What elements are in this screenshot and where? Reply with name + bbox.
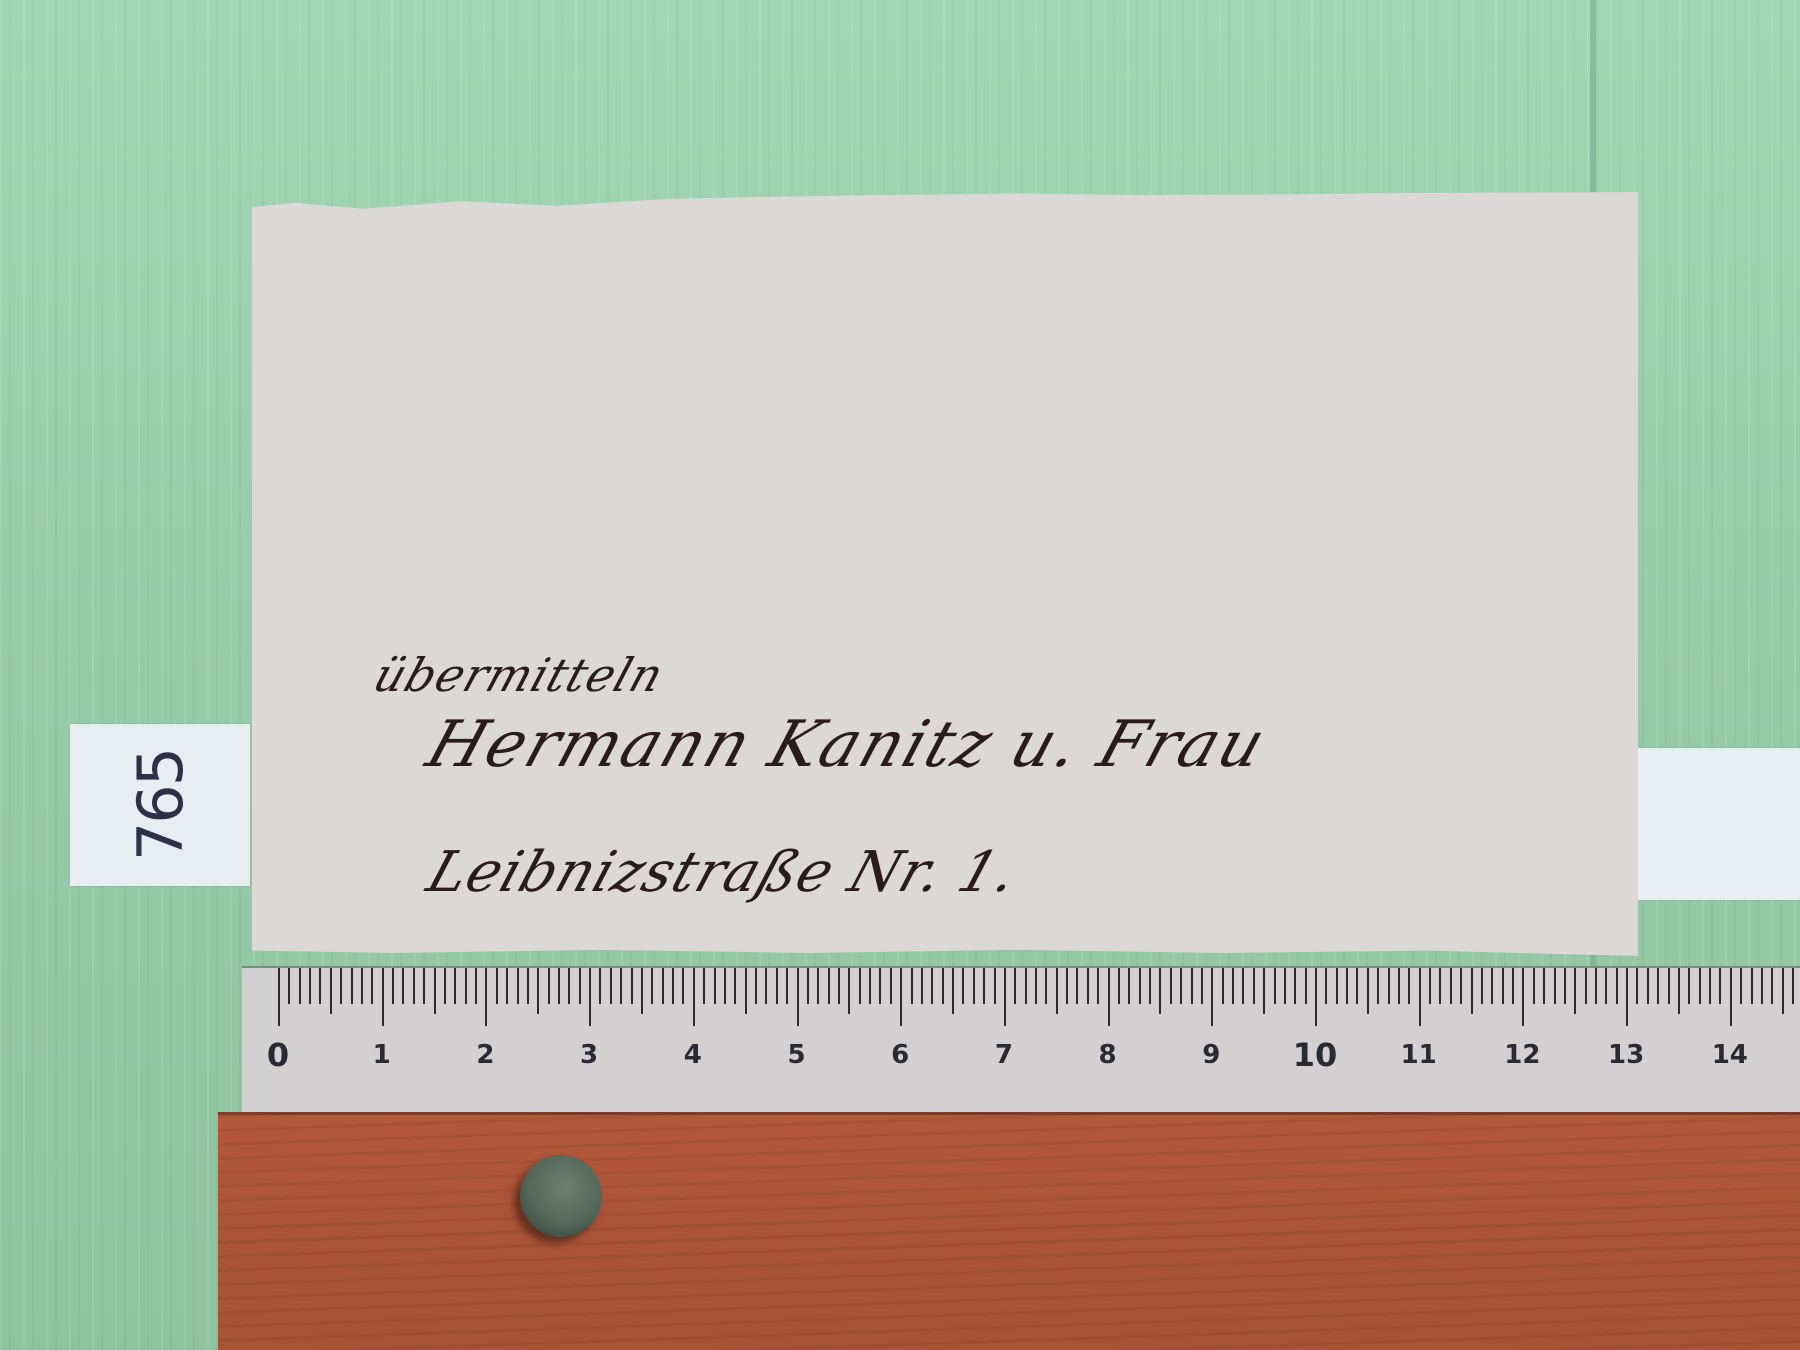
- ruler-tick: [651, 968, 653, 1004]
- ruler-tick: [1512, 968, 1514, 1004]
- catalog-label-strip-right: [1630, 748, 1800, 900]
- ruler-tick: [848, 968, 850, 1014]
- ruler-tick: [1636, 968, 1638, 1004]
- ruler-tick: [1004, 968, 1006, 1026]
- ruler-tick: [351, 968, 353, 1004]
- ruler-tick: [361, 968, 363, 1004]
- ruler-tick: [631, 968, 633, 1004]
- ruler-tick: [1201, 968, 1203, 1004]
- ruler-tick: [1305, 968, 1307, 1004]
- ruler-tick: [1211, 968, 1213, 1026]
- ruler-tick: [1502, 968, 1504, 1004]
- ruler-tick: [579, 968, 581, 1004]
- ruler-tick: [734, 968, 736, 1004]
- ruler-tick: [1564, 968, 1566, 1004]
- ruler-tick: [610, 968, 612, 1004]
- ruler-tick: [485, 968, 487, 1026]
- ruler-tick: [568, 968, 570, 1004]
- ruler-tick: [1377, 968, 1379, 1004]
- ruler-tick: [1688, 968, 1690, 1004]
- ruler-tick: [1294, 968, 1296, 1004]
- ruler-label: 4: [684, 1040, 702, 1070]
- ruler-tick: [319, 968, 321, 1004]
- ruler-tick: [921, 968, 923, 1004]
- ruler-tick: [278, 968, 280, 1026]
- ruler-tick: [1678, 968, 1680, 1014]
- handwriting-line-3: Leibnizstraße Nr. 1.: [419, 840, 1026, 905]
- ruler-tick: [879, 968, 881, 1004]
- ruler-tick: [1471, 968, 1473, 1014]
- ruler-tick: [1263, 968, 1265, 1014]
- ruler-tick: [1522, 968, 1524, 1026]
- ruler-tick: [392, 968, 394, 1004]
- ruler-tick: [786, 968, 788, 1004]
- ruler-tick: [599, 968, 601, 1004]
- ruler-tick: [1274, 968, 1276, 1004]
- ruler-tick: [1616, 968, 1618, 1004]
- ruler-tick: [1554, 968, 1556, 1004]
- ruler-tick: [1771, 968, 1773, 1004]
- ruler-tick: [589, 968, 591, 1026]
- ruler-tick: [900, 968, 902, 1026]
- ruler-tick: [496, 968, 498, 1004]
- ruler-tick: [1315, 968, 1317, 1026]
- ruler-tick: [807, 968, 809, 1004]
- ruler-tick: [1626, 968, 1628, 1026]
- metric-ruler: 01234567891011121314: [242, 966, 1800, 1118]
- screw-head: [520, 1155, 602, 1237]
- ruler-tick: [1419, 968, 1421, 1026]
- ruler-tick: [1761, 968, 1763, 1004]
- ruler-tick: [838, 968, 840, 1004]
- ruler-tick: [1087, 968, 1089, 1004]
- ruler-tick: [1595, 968, 1597, 1004]
- ruler-label: 0: [267, 1036, 289, 1074]
- ruler-tick: [1336, 968, 1338, 1004]
- ruler-tick: [558, 968, 560, 1004]
- ruler-label: 5: [787, 1040, 805, 1070]
- ruler-tick: [423, 968, 425, 1004]
- ruler-tick: [1108, 968, 1110, 1026]
- ruler-tick: [911, 968, 913, 1004]
- ruler-tick: [1191, 968, 1193, 1004]
- ruler-tick: [1398, 968, 1400, 1004]
- ruler-tick: [973, 968, 975, 1004]
- ruler-tick: [1792, 968, 1794, 1004]
- ruler-tick: [714, 968, 716, 1004]
- ruler-tick: [1491, 968, 1493, 1004]
- ruler-tick: [1035, 968, 1037, 1004]
- ruler-tick: [1605, 968, 1607, 1004]
- ruler-tick: [537, 968, 539, 1014]
- ruler-tick: [1025, 968, 1027, 1004]
- ruler-tick: [1253, 968, 1255, 1004]
- ruler-label: 8: [1099, 1040, 1117, 1070]
- ruler-tick: [517, 968, 519, 1004]
- ruler-tick: [1066, 968, 1068, 1004]
- ruler-tick: [1574, 968, 1576, 1014]
- ruler-tick: [413, 968, 415, 1004]
- ruler-tick: [776, 968, 778, 1004]
- ruler-tick: [527, 968, 529, 1004]
- ruler-tick: [1128, 968, 1130, 1004]
- ruler-tick: [745, 968, 747, 1014]
- ruler-tick: [869, 968, 871, 1004]
- ruler-tick: [1657, 968, 1659, 1004]
- ruler-tick: [309, 968, 311, 1004]
- ruler-label: 13: [1608, 1040, 1644, 1070]
- ruler-tick: [952, 968, 954, 1014]
- ruler-tick: [1056, 968, 1058, 1014]
- handwriting-line-2: Hermann Kanitz u. Frau: [418, 708, 1276, 782]
- ruler-tick: [1170, 968, 1172, 1004]
- ruler-tick: [890, 968, 892, 1004]
- ruler-label: 6: [891, 1040, 909, 1070]
- ruler-tick: [620, 968, 622, 1004]
- ruler-label: 2: [476, 1040, 494, 1070]
- ruler-tick: [1439, 968, 1441, 1004]
- ruler-tick: [672, 968, 674, 1004]
- ruler-label: 12: [1504, 1040, 1540, 1070]
- ruler-tick: [1232, 968, 1234, 1004]
- ruler-tick: [931, 968, 933, 1004]
- ruler-tick: [1118, 968, 1120, 1004]
- ruler-tick: [1356, 968, 1358, 1004]
- ruler-tick: [1751, 968, 1753, 1004]
- ruler-tick: [1450, 968, 1452, 1004]
- ruler-tick: [859, 968, 861, 1004]
- ruler-tick: [765, 968, 767, 1004]
- ruler-tick: [299, 968, 301, 1004]
- ruler-tick: [1782, 968, 1784, 1014]
- ruler-tick: [1585, 968, 1587, 1004]
- ruler-tick: [828, 968, 830, 1004]
- ruler-tick: [641, 968, 643, 1014]
- ruler-tick: [1668, 968, 1670, 1004]
- ruler-tick: [682, 968, 684, 1004]
- ruler-tick: [1543, 968, 1545, 1004]
- catalog-number: 765: [95, 765, 225, 845]
- ruler-tick: [1014, 968, 1016, 1004]
- ruler-tick: [1460, 968, 1462, 1004]
- ruler-label: 11: [1401, 1040, 1437, 1070]
- ruler-tick: [454, 968, 456, 1004]
- ruler-tick: [1159, 968, 1161, 1014]
- ruler-tick: [444, 968, 446, 1004]
- handwriting-line-1: übermitteln: [367, 648, 671, 702]
- ruler-tick: [1533, 968, 1535, 1004]
- ruler-label: 14: [1712, 1040, 1748, 1070]
- ruler-tick: [330, 968, 332, 1014]
- ruler-label: 10: [1293, 1036, 1338, 1074]
- ruler-tick: [1139, 968, 1141, 1004]
- ruler-tick: [962, 968, 964, 1004]
- ruler-tick: [1045, 968, 1047, 1004]
- wooden-bar: [218, 1112, 1800, 1350]
- ruler-tick: [1346, 968, 1348, 1004]
- ruler-tick: [1647, 968, 1649, 1004]
- ruler-label: 1: [373, 1040, 391, 1070]
- ruler-tick: [434, 968, 436, 1014]
- ruler-tick: [983, 968, 985, 1004]
- ruler-tick: [662, 968, 664, 1004]
- ruler-tick: [465, 968, 467, 1004]
- ruler-tick: [340, 968, 342, 1004]
- ruler-tick: [1709, 968, 1711, 1004]
- ruler-tick: [1325, 968, 1327, 1004]
- ruler-tick: [703, 968, 705, 1004]
- ruler-tick: [724, 968, 726, 1004]
- ruler-tick: [693, 968, 695, 1026]
- ruler-tick: [1076, 968, 1078, 1004]
- ruler-tick: [382, 968, 384, 1026]
- ruler-label: 7: [995, 1040, 1013, 1070]
- ruler-tick: [402, 968, 404, 1004]
- ruler-tick: [1180, 968, 1182, 1004]
- ruler-label: 9: [1202, 1040, 1220, 1070]
- ruler-tick: [1719, 968, 1721, 1004]
- ruler-tick: [475, 968, 477, 1004]
- ruler-tick: [1242, 968, 1244, 1004]
- ruler-tick: [371, 968, 373, 1004]
- ruler-tick: [506, 968, 508, 1004]
- ruler-label: 3: [580, 1040, 598, 1070]
- ruler-tick: [1388, 968, 1390, 1004]
- ruler-tick: [1699, 968, 1701, 1004]
- ruler-tick: [942, 968, 944, 1004]
- ruler-tick: [1730, 968, 1732, 1026]
- ruler-tick: [1408, 968, 1410, 1004]
- ruler-tick: [548, 968, 550, 1004]
- ruler-tick: [1740, 968, 1742, 1004]
- ruler-tick: [817, 968, 819, 1004]
- ruler-tick: [994, 968, 996, 1004]
- ruler-tick: [1097, 968, 1099, 1004]
- ruler-tick: [1222, 968, 1224, 1004]
- ruler-tick: [1149, 968, 1151, 1004]
- ruler-tick: [1284, 968, 1286, 1004]
- ruler-tick: [797, 968, 799, 1026]
- ruler-tick: [1429, 968, 1431, 1004]
- ruler-tick: [755, 968, 757, 1004]
- ruler-tick: [288, 968, 290, 1004]
- ruler-tick: [1481, 968, 1483, 1004]
- ruler-tick: [1367, 968, 1369, 1014]
